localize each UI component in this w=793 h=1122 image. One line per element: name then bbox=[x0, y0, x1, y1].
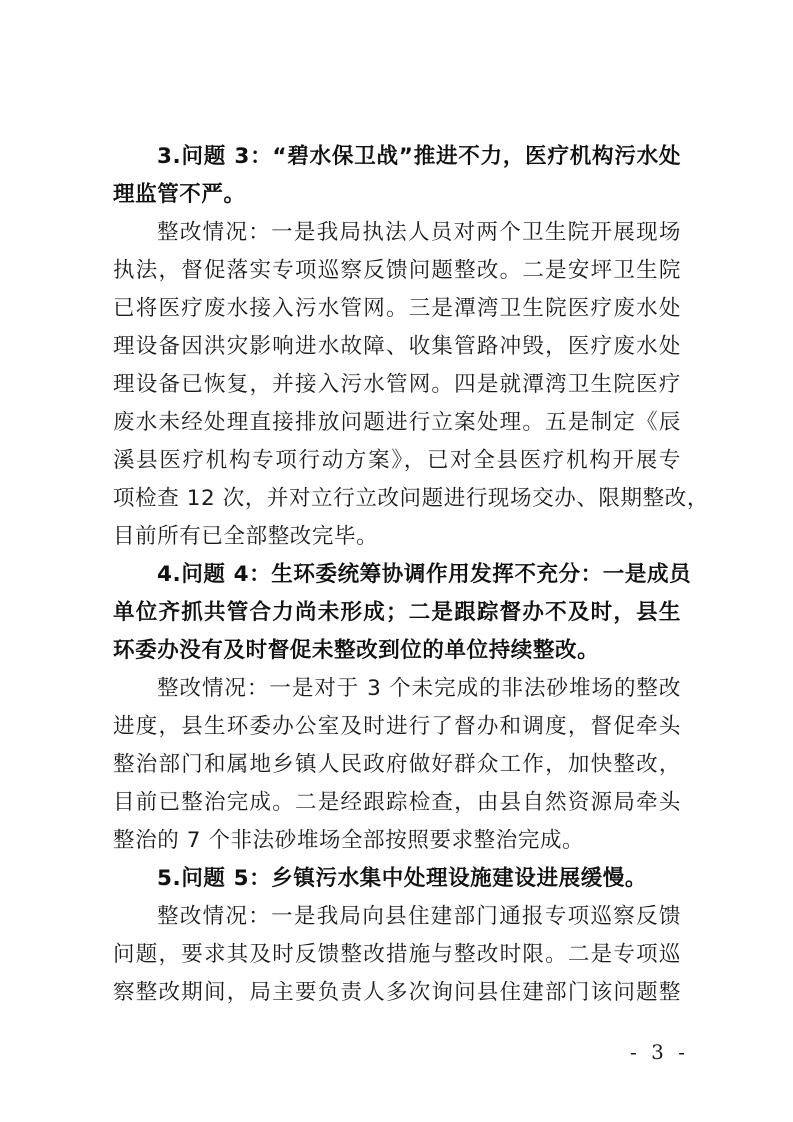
body-line: 目前所有已全部整改完毕。 bbox=[113, 518, 681, 556]
body-line: 整改情况：一是对于 3 个未完成的非法砂堆场的整改 bbox=[113, 670, 681, 708]
heading-line: 3.问题 3：“碧水保卫战”推进不力，医疗机构污水处 bbox=[113, 138, 681, 176]
body-line: 问题，要求其及时反馈整改措施与整改时限。二是专项巡 bbox=[113, 936, 681, 974]
body-line: 项检查 12 次，并对立行立改问题进行现场交办、限期整改， bbox=[113, 480, 681, 518]
heading-line: 环委办没有及时督促未整改到位的单位持续整改。 bbox=[113, 632, 681, 670]
body-line: 整改情况：一是我局向县住建部门通报专项巡察反馈 bbox=[113, 898, 681, 936]
body-line: 废水未经处理直接排放问题进行立案处理。五是制定《辰 bbox=[113, 404, 681, 442]
body-line: 目前已整治完成。二是经跟踪检查，由县自然资源局牵头 bbox=[113, 784, 681, 822]
body-line: 理设备因洪灾影响进水故障、收集管路冲毁，医疗废水处 bbox=[113, 328, 681, 366]
section-issue-3: 3.问题 3：“碧水保卫战”推进不力，医疗机构污水处 理监管不严。 整改情况：一… bbox=[113, 138, 681, 556]
body-line: 已将医疗废水接入污水管网。三是潭湾卫生院医疗废水处 bbox=[113, 290, 681, 328]
document-page: 3.问题 3：“碧水保卫战”推进不力，医疗机构污水处 理监管不严。 整改情况：一… bbox=[113, 138, 681, 1012]
heading-line: 4.问题 4：生环委统筹协调作用发挥不充分：一是成员 bbox=[113, 556, 681, 594]
heading-line: 5.问题 5：乡镇污水集中处理设施建设进展缓慢。 bbox=[113, 860, 681, 898]
section-issue-4: 4.问题 4：生环委统筹协调作用发挥不充分：一是成员 单位齐抓共管合力尚未形成；… bbox=[113, 556, 681, 860]
body-line: 整治的 7 个非法砂堆场全部按照要求整治完成。 bbox=[113, 822, 681, 860]
section-issue-5: 5.问题 5：乡镇污水集中处理设施建设进展缓慢。 整改情况：一是我局向县住建部门… bbox=[113, 860, 681, 1012]
heading-line: 单位齐抓共管合力尚未形成；二是跟踪督办不及时，县生 bbox=[113, 594, 681, 632]
body-line: 整改情况：一是我局执法人员对两个卫生院开展现场 bbox=[113, 214, 681, 252]
body-line: 理设备已恢复，并接入污水管网。四是就潭湾卫生院医疗 bbox=[113, 366, 681, 404]
body-line: 执法，督促落实专项巡察反馈问题整改。二是安坪卫生院 bbox=[113, 252, 681, 290]
body-line: 进度，县生环委办公室及时进行了督办和调度，督促牵头 bbox=[113, 708, 681, 746]
body-line: 溪县医疗机构专项行动方案》，已对全县医疗机构开展专 bbox=[113, 442, 681, 480]
body-line: 察整改期间，局主要负责人多次询问县住建部门该问题整 bbox=[113, 974, 681, 1012]
body-line: 整治部门和属地乡镇人民政府做好群众工作，加快整改， bbox=[113, 746, 681, 784]
page-number: - 3 - bbox=[630, 1040, 689, 1064]
heading-line: 理监管不严。 bbox=[113, 176, 681, 214]
